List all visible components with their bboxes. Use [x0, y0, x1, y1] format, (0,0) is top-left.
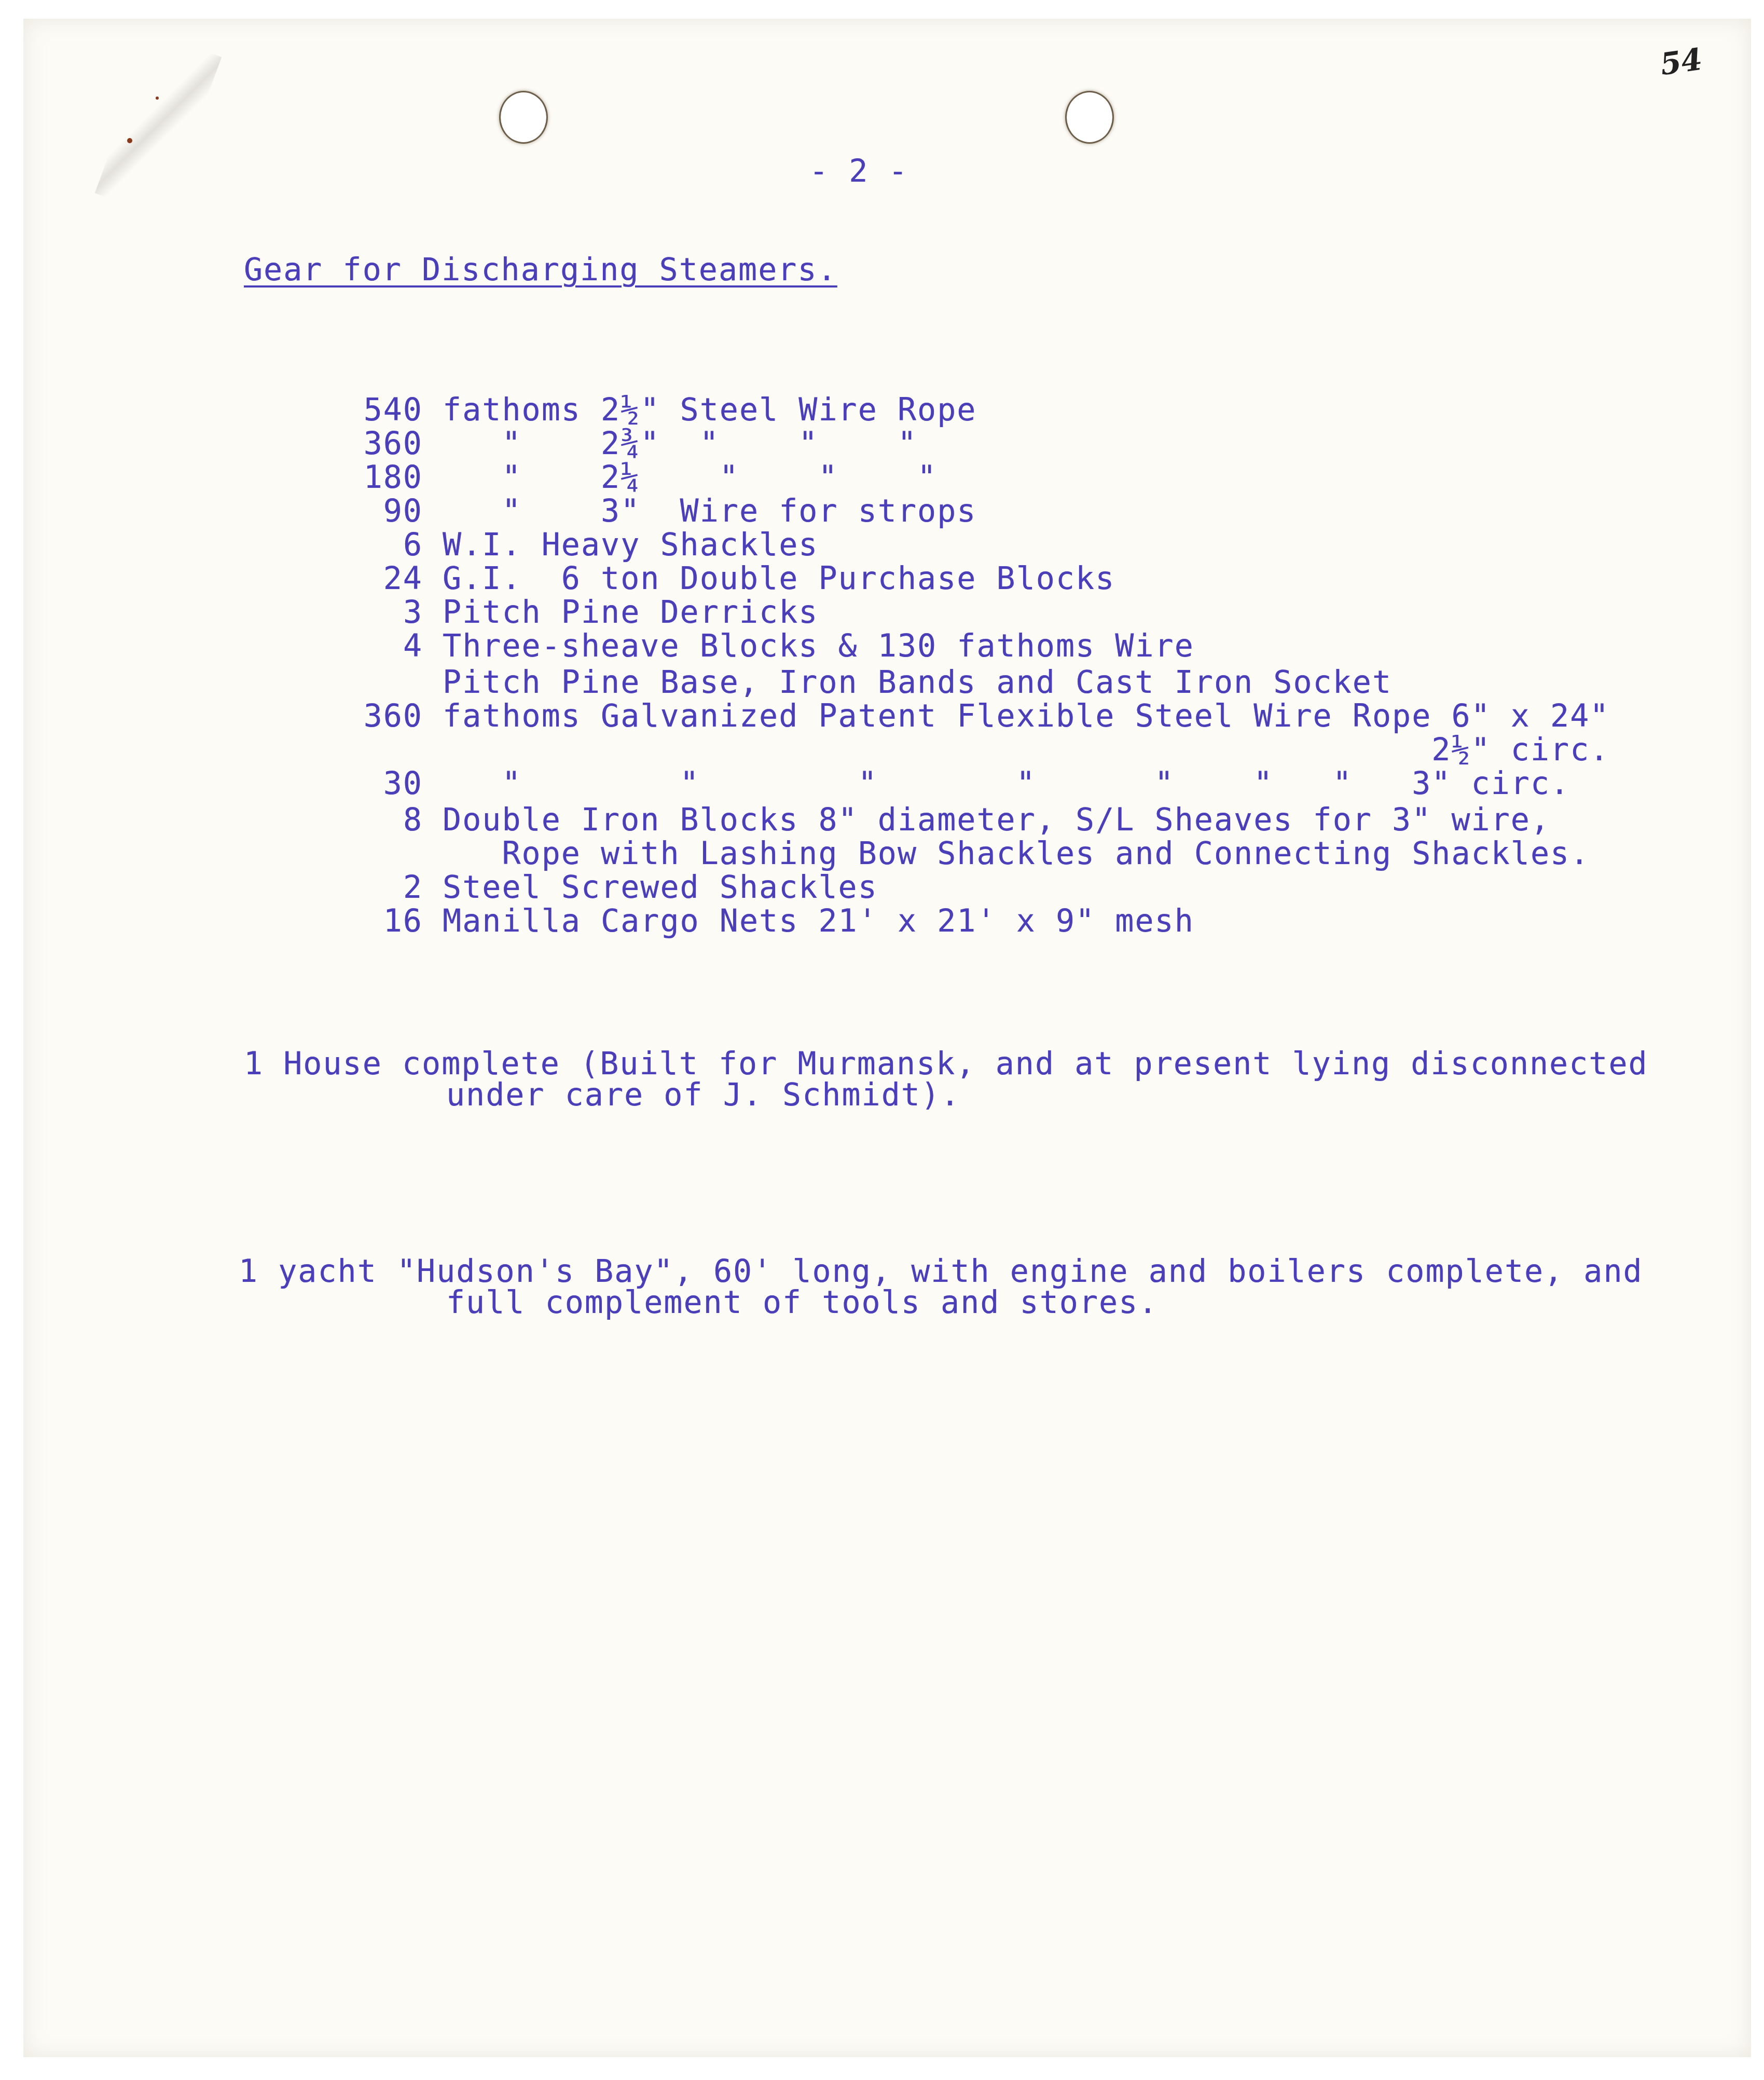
gear-item-quantity: 30: [345, 768, 423, 799]
gear-item-description: Manilla Cargo Nets 21' x 21' x 9" mesh: [423, 903, 1194, 939]
punch-hole-left: [499, 91, 548, 144]
gear-item: 3 Pitch Pine Derricks: [345, 597, 818, 628]
gear-item-description: " " " " " " " 3" circ.: [423, 765, 1570, 802]
gear-item-quantity: 6: [345, 529, 423, 560]
gear-item: 4 Three-sheave Blocks & 130 fathoms Wire: [345, 631, 1194, 662]
gear-item: Pitch Pine Base, Iron Bands and Cast Iro…: [345, 667, 1392, 698]
gear-item-description: Pitch Pine Derricks: [423, 594, 818, 631]
yacht-entry-line-1: 1 yacht "Hudson's Bay", 60' long, with e…: [239, 1256, 1643, 1287]
rust-stain: [127, 138, 132, 143]
page-marker: - 2 -: [809, 156, 908, 187]
gear-item: 360 fathoms Galvanized Patent Flexible S…: [345, 701, 1609, 732]
paper-crease: [95, 32, 222, 218]
gear-item-quantity: 360: [345, 428, 423, 459]
gear-item-quantity: 8: [345, 804, 423, 836]
punch-hole-right: [1065, 91, 1114, 144]
gear-item-description: " 3" Wire for strops: [423, 493, 976, 529]
rust-stain: [156, 97, 159, 100]
gear-item-quantity: 24: [345, 563, 423, 594]
gear-item-description: Steel Screwed Shackles: [423, 869, 878, 906]
gear-item-description: Three-sheave Blocks & 130 fathoms Wire: [423, 628, 1194, 664]
gear-item-description: 2½" circ.: [423, 732, 1609, 768]
gear-item-description: " 2¾" " " ": [423, 426, 917, 462]
house-entry-line-1: 1 House complete (Built for Murmansk, an…: [244, 1048, 1648, 1079]
gear-item-description: G.I. 6 ton Double Purchase Blocks: [423, 560, 1115, 597]
gear-item-quantity: 16: [345, 906, 423, 937]
gear-item: Rope with Lashing Bow Shackles and Conne…: [345, 838, 1590, 869]
yacht-entry-line-2: full complement of tools and stores.: [446, 1287, 1158, 1318]
gear-item: 90 " 3" Wire for strops: [345, 496, 976, 527]
gear-item: 180 " 2¼ " " ": [345, 462, 937, 493]
gear-item-quantity: 360: [345, 701, 423, 732]
gear-item: 24 G.I. 6 ton Double Purchase Blocks: [345, 563, 1115, 594]
folio-number: 54: [1658, 42, 1704, 83]
document-page: [23, 19, 1751, 2057]
gear-item: 2½" circ.: [345, 734, 1609, 765]
gear-item-description: W.I. Heavy Shackles: [423, 527, 818, 563]
gear-item: 360 " 2¾" " " ": [345, 428, 917, 459]
gear-item-quantity: 4: [345, 631, 423, 662]
gear-item: 2 Steel Screwed Shackles: [345, 872, 878, 903]
gear-item: 16 Manilla Cargo Nets 21' x 21' x 9" mes…: [345, 906, 1194, 937]
gear-item: 30 " " " " " " " 3" circ.: [345, 768, 1570, 799]
gear-item: 540 fathoms 2½" Steel Wire Rope: [345, 394, 976, 426]
gear-item-quantity: 180: [345, 462, 423, 493]
section-heading: Gear for Discharging Steamers.: [244, 254, 837, 285]
gear-item-description: fathoms 2½" Steel Wire Rope: [423, 392, 976, 428]
gear-item-quantity: 3: [345, 597, 423, 628]
gear-item-description: Double Iron Blocks 8" diameter, S/L Shea…: [423, 802, 1550, 838]
gear-item-description: fathoms Galvanized Patent Flexible Steel…: [423, 698, 1609, 734]
gear-item-description: Pitch Pine Base, Iron Bands and Cast Iro…: [423, 664, 1392, 701]
gear-item: 8 Double Iron Blocks 8" diameter, S/L Sh…: [345, 804, 1550, 836]
gear-item-description: " 2¼ " " ": [423, 459, 937, 496]
gear-item-description: Rope with Lashing Bow Shackles and Conne…: [423, 836, 1590, 872]
gear-item: 6 W.I. Heavy Shackles: [345, 529, 818, 560]
gear-item-quantity: 540: [345, 394, 423, 426]
gear-item-quantity: 2: [345, 872, 423, 903]
house-entry-line-2: under care of J. Schmidt).: [446, 1079, 960, 1111]
gear-item-quantity: 90: [345, 496, 423, 527]
